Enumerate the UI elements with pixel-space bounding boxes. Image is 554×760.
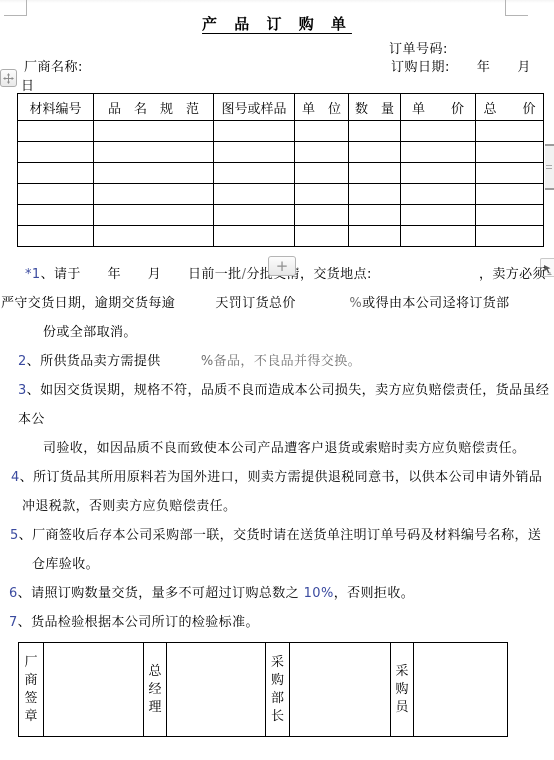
terms-line: 份或全部取消。 xyxy=(0,318,554,347)
terms-text-segment: 、货品检验根据本公司所订的检验标准。 xyxy=(18,615,259,630)
terms-section: *1、请于 年 月 日前一批/分批交清，交货地点: ，卖方必须严守交货日期，逾期… xyxy=(0,260,554,637)
terms-text-segment: 司验收，如因品质不良而致使本公司产品遭客户退货或索赔时卖方应负赔偿责任。 xyxy=(43,441,525,456)
items-empty-cell[interactable] xyxy=(349,121,401,142)
items-empty-cell[interactable] xyxy=(476,121,544,142)
order-date-label: 订购日期: 年 月 xyxy=(391,56,531,75)
items-empty-cell[interactable] xyxy=(476,205,544,226)
terms-text-segment: 10% xyxy=(304,586,334,601)
items-row xyxy=(18,142,544,163)
terms-line: 6、请照订购数量交货，量多不可超过订购总数之 10%，否则拒收。 xyxy=(0,579,554,608)
signature-blank-cell[interactable] xyxy=(414,643,508,737)
items-empty-cell[interactable] xyxy=(476,142,544,163)
terms-line: 5、厂商签收后存本公司采购部一联，交货时请在送货单注明订单号码及材料编号名称，送 xyxy=(0,521,554,550)
items-empty-cell[interactable] xyxy=(401,121,476,142)
terms-line: 司验收，如因品质不良而致使本公司产品遭客户退货或索赔时卖方应负赔偿责任。 xyxy=(0,434,554,463)
items-row xyxy=(18,163,544,184)
terms-text-segment: 严守交货日期，逾期交货每逾 天罚订货总价 xyxy=(1,296,349,311)
signature-blank-cell[interactable] xyxy=(167,643,266,737)
page-top-edge xyxy=(0,0,554,3)
move-icon xyxy=(3,69,14,88)
terms-line: 2、所供货品卖方需提供 %备品，不良品并得交换。 xyxy=(0,347,554,376)
terms-text-segment: 5 xyxy=(10,528,19,543)
items-empty-cell[interactable] xyxy=(295,142,349,163)
items-empty-cell[interactable] xyxy=(94,205,214,226)
terms-text-segment: 、厂商签收后存本公司采购部一联，交货时请在送货单注明订单号码及材料编号名称，送 xyxy=(19,528,542,543)
scrollbar-fragment[interactable] xyxy=(545,144,554,190)
items-row xyxy=(18,226,544,247)
plus-icon: + xyxy=(276,259,289,274)
items-row xyxy=(18,121,544,142)
terms-text-segment: 7 xyxy=(9,615,18,630)
terms-text-segment: 、如因交货误期，规格不符，品质不良而造成本公司损失，卖方应负赔偿责任，货品虽经 xyxy=(27,383,550,398)
terms-text-segment: 仓库验收。 xyxy=(32,557,99,572)
items-empty-cell[interactable] xyxy=(214,163,295,184)
items-table: 材料编号品 名 规 范图号或样品单 位数 量单 价总 价 xyxy=(17,93,544,247)
terms-text-segment: 2 xyxy=(18,354,27,369)
items-empty-cell[interactable] xyxy=(401,226,476,247)
items-empty-cell[interactable] xyxy=(94,163,214,184)
terms-line: 4、所订货品其所用原料若为国外进口，则卖方需提供退税同意书，以供本公司申请外销品 xyxy=(0,463,554,492)
terms-line: 7、货品检验根据本公司所订的检验标准。 xyxy=(0,608,554,637)
terms-line: 冲退税款，否则卖方应负赔偿责任。 xyxy=(0,492,554,521)
terms-text-segment: 份或全部取消。 xyxy=(43,325,137,340)
terms-text-segment: 本公 xyxy=(18,412,45,427)
items-header-cell: 总 价 xyxy=(476,94,544,121)
items-row xyxy=(18,205,544,226)
terms-text-segment: %备品，不良品并得交换。 xyxy=(201,354,361,369)
signature-label: 采购员 xyxy=(391,643,414,737)
items-empty-cell[interactable] xyxy=(214,142,295,163)
terms-text-segment: *1 xyxy=(25,267,41,282)
items-empty-cell[interactable] xyxy=(94,142,214,163)
items-empty-cell[interactable] xyxy=(401,163,476,184)
items-empty-cell[interactable] xyxy=(295,184,349,205)
items-empty-cell[interactable] xyxy=(349,163,401,184)
terms-text-segment: 3 xyxy=(18,383,27,398)
items-empty-cell[interactable] xyxy=(18,226,94,247)
table-move-handle[interactable] xyxy=(0,69,17,87)
vendor-name-label: 厂商名称: xyxy=(24,56,83,75)
items-empty-cell[interactable] xyxy=(295,163,349,184)
items-empty-cell[interactable] xyxy=(349,205,401,226)
items-empty-cell[interactable] xyxy=(94,184,214,205)
items-empty-cell[interactable] xyxy=(18,163,94,184)
items-header-cell: 数 量 xyxy=(349,94,401,121)
terms-text-segment: 、所供货品卖方需提供 xyxy=(27,354,201,369)
items-empty-cell[interactable] xyxy=(18,142,94,163)
items-header-cell: 品 名 规 范 xyxy=(94,94,214,121)
items-empty-cell[interactable] xyxy=(18,205,94,226)
items-header-cell: 材料编号 xyxy=(18,94,94,121)
terms-text-segment: 、请于 年 月 日前一批 xyxy=(41,267,242,282)
items-empty-cell[interactable] xyxy=(295,205,349,226)
items-empty-cell[interactable] xyxy=(349,184,401,205)
items-empty-cell[interactable] xyxy=(476,163,544,184)
terms-line: 严守交货日期，逾期交货每逾 天罚订货总价 %或得由本公司迳将订货部 xyxy=(0,289,554,318)
terms-text-segment: % xyxy=(349,296,362,311)
items-empty-cell[interactable] xyxy=(401,184,476,205)
signature-label: 采购部长 xyxy=(266,643,290,737)
items-empty-cell[interactable] xyxy=(295,121,349,142)
terms-text-segment: 4 xyxy=(11,470,20,485)
signature-blank-cell[interactable] xyxy=(290,643,391,737)
items-empty-cell[interactable] xyxy=(214,184,295,205)
items-row xyxy=(18,184,544,205)
items-header-cell: 单 价 xyxy=(401,94,476,121)
terms-line: 本公 xyxy=(0,405,554,434)
signature-table: 厂商签章总经理采购部长采购员 xyxy=(18,642,508,737)
scrollbar-grip-icon xyxy=(546,165,552,166)
terms-text-segment: 6 xyxy=(9,586,18,601)
terms-text-segment: 、所订货品其所用原料若为国外进口，则卖方需提供退税同意书，以供本公司申请外销品 xyxy=(20,470,543,485)
signature-label: 总经理 xyxy=(144,643,167,737)
items-empty-cell[interactable] xyxy=(214,121,295,142)
page-title: 产 品 订 购 单 xyxy=(0,13,554,34)
insert-row-button[interactable]: + xyxy=(268,256,296,276)
items-empty-cell[interactable] xyxy=(18,184,94,205)
items-empty-cell[interactable] xyxy=(349,226,401,247)
items-header-cell: 图号或样品 xyxy=(214,94,295,121)
terms-text-segment: 、请照订购数量交货，量多不可超过订购总数之 xyxy=(18,586,304,601)
day-label: 日 xyxy=(21,75,35,94)
terms-text-segment: ，否则拒收。 xyxy=(334,586,414,601)
terms-text-segment: 或得由本公司迳将订货部 xyxy=(362,296,509,311)
items-empty-cell[interactable] xyxy=(94,226,214,247)
items-empty-cell[interactable] xyxy=(401,205,476,226)
items-empty-cell[interactable] xyxy=(401,142,476,163)
terms-line: 3、如因交货误期，规格不符，品质不良而造成本公司损失，卖方应负赔偿责任，货品虽经 xyxy=(0,376,554,405)
document-page: 产 品 订 购 单 订单号码: 厂商名称: 订购日期: 年 月 日 材料编号品 … xyxy=(0,0,554,760)
signature-blank-cell[interactable] xyxy=(44,643,144,737)
terms-line: 仓库验收。 xyxy=(0,550,554,579)
items-empty-cell[interactable] xyxy=(295,226,349,247)
items-empty-cell[interactable] xyxy=(476,184,544,205)
items-empty-cell[interactable] xyxy=(476,226,544,247)
items-empty-cell[interactable] xyxy=(94,121,214,142)
items-header-cell: 单 位 xyxy=(295,94,349,121)
order-number-label: 订单号码: xyxy=(389,38,448,57)
items-empty-cell[interactable] xyxy=(214,226,295,247)
items-empty-cell[interactable] xyxy=(349,142,401,163)
items-empty-cell[interactable] xyxy=(18,121,94,142)
terms-text-segment: 冲退税款，否则卖方应负赔偿责任。 xyxy=(22,499,236,514)
signature-label: 厂商签章 xyxy=(19,643,44,737)
items-empty-cell[interactable] xyxy=(214,205,295,226)
